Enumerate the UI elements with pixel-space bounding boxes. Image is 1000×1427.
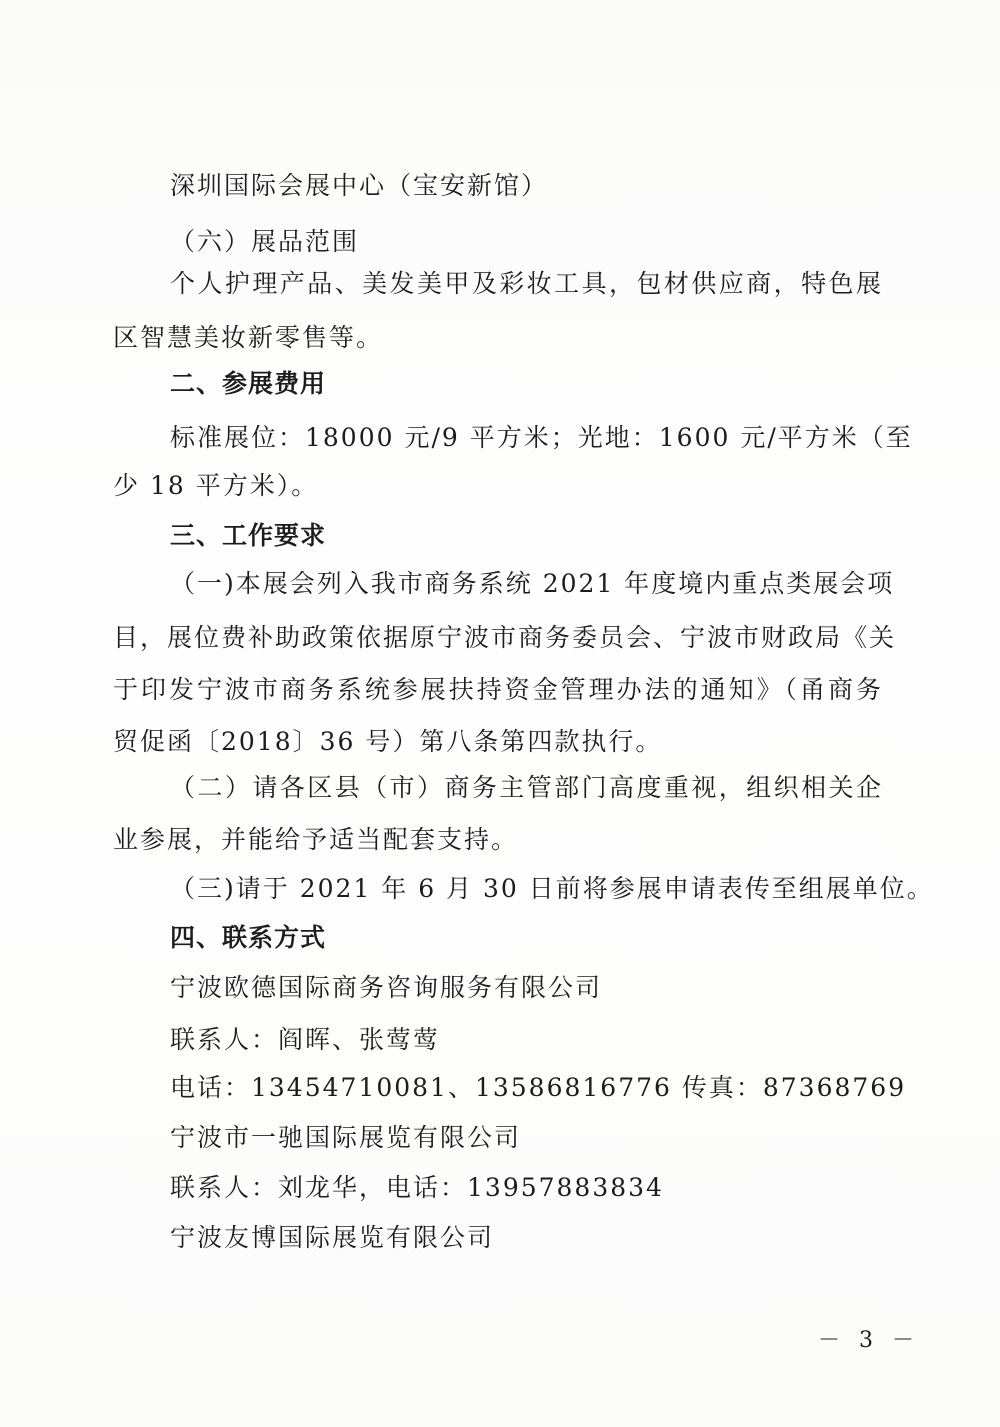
contact-phone-1: 电话：13454710081、13586816776 传真：87368769 (170, 1072, 906, 1104)
contact-person-2: 联系人：刘龙华，电话：13957883834 (170, 1172, 664, 1204)
requirement-2-line-1: （二）请各区县（市）商务主管部门高度重视，组织相关企 (170, 772, 883, 804)
contact-company-1: 宁波欧德国际商务咨询服务有限公司 (170, 972, 602, 1004)
requirement-2-line-2: 业参展，并能给予适当配套支持。 (113, 824, 518, 856)
contact-company-2: 宁波市一驰国际展览有限公司 (170, 1122, 521, 1154)
fees-text-line-2: 少 18 平方米）。 (113, 470, 318, 502)
exhibit-scope-text-line-2: 区智慧美妆新零售等。 (113, 322, 383, 354)
requirement-1-line-2: 目，展位费补助政策依据原宁波市商务委员会、宁波市财政局《关 (113, 622, 883, 654)
requirement-1-line-4: 贸促函〔2018〕36 号）第八条第四款执行。 (113, 726, 662, 758)
requirement-3-line-1: （三)请于 2021 年 6 月 30 日前将参展申请表传至组展单位。 (170, 873, 883, 905)
section-fees-heading: 二、参展费用 (170, 368, 326, 400)
fees-text-line-1: 标准展位：18000 元/9 平方米；光地：1600 元/平方米（至 (170, 422, 883, 454)
document-page: 深圳国际会展中心（宝安新馆） （六）展品范围 个人护理产品、美发美甲及彩妆工具，… (0, 0, 1000, 1427)
section-requirements-heading: 三、工作要求 (170, 520, 326, 552)
page-number: － 3 － (818, 1323, 920, 1354)
venue-line: 深圳国际会展中心（宝安新馆） (170, 170, 548, 202)
contact-person-1: 联系人：阎晖、张莺莺 (170, 1024, 440, 1056)
exhibit-scope-text-line-1: 个人护理产品、美发美甲及彩妆工具，包材供应商，特色展 (170, 268, 883, 300)
section-contact-heading: 四、联系方式 (170, 922, 326, 954)
section-exhibit-scope-heading: （六）展品范围 (170, 226, 359, 258)
requirement-1-line-1: （一)本展会列入我市商务系统 2021 年度境内重点类展会项 (170, 568, 883, 600)
requirement-1-line-3: 于印发宁波市商务系统参展扶持资金管理办法的通知》（甬商务 (113, 674, 883, 706)
contact-company-3: 宁波友博国际展览有限公司 (170, 1222, 494, 1254)
